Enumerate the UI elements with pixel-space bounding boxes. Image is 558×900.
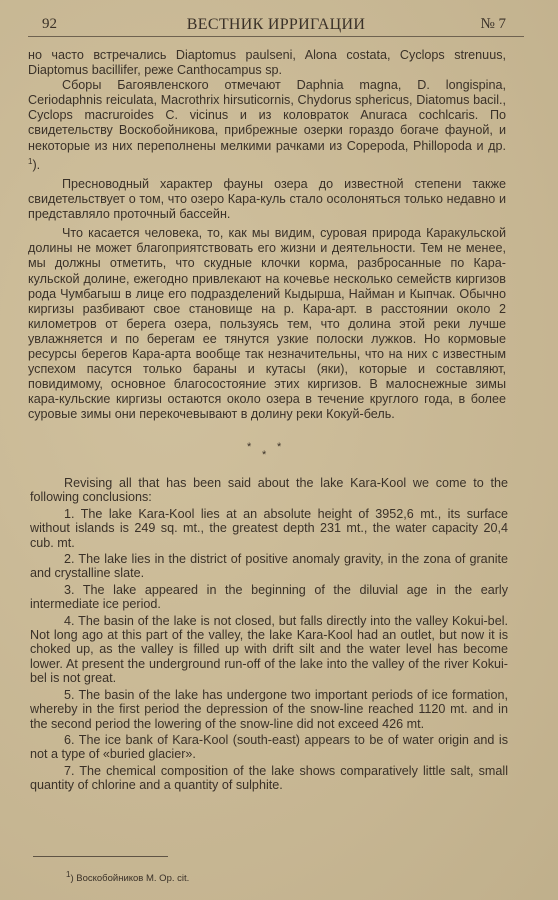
asterisk-icon: * [247, 442, 251, 453]
asterisk-icon: * [262, 450, 266, 461]
paragraph-continuation: но часто встречались Diaptomus paulseni,… [28, 48, 506, 78]
paragraph-collections: Сборы Багоявленского отмечают Daphnia ma… [28, 78, 506, 173]
asterisk-icon: * [277, 442, 281, 453]
conclusion-item: 6. The ice bank of Kara-Kool (south-east… [30, 733, 508, 762]
issue-number: № 7 [480, 16, 506, 33]
conclusion-item: 4. The basin of the lake is not closed, … [30, 614, 508, 686]
page-header: 92 ВЕСТНИК ИРРИГАЦИИ № 7 [28, 12, 524, 37]
english-summary: Revising all that has been said about th… [30, 476, 508, 795]
footnote-divider [33, 856, 168, 857]
footnote: 1) Воскобойников М. Op. cit. [66, 870, 189, 884]
conclusion-item: 3. The lake appeared in the beginning of… [30, 583, 508, 612]
conclusion-item: 1. The lake Kara-Kool lies at an absolut… [30, 507, 508, 550]
journal-title: ВЕСТНИК ИРРИГАЦИИ [28, 16, 524, 34]
paragraph-people: Что касается человека, то, как мы видим,… [28, 226, 506, 422]
summary-intro: Revising all that has been said about th… [30, 476, 508, 505]
russian-body: но часто встречались Diaptomus paulseni,… [28, 48, 506, 422]
conclusion-item: 2. The lake lies in the district of posi… [30, 552, 508, 581]
conclusion-item: 5. The basin of the lake has undergone t… [30, 688, 508, 731]
conclusion-item: 7. The chemical composition of the lake … [30, 764, 508, 793]
section-separator: * * * [245, 442, 305, 466]
paragraph-freshwater: Пресноводный характер фауны озера до изв… [28, 177, 506, 222]
footnote-text: ) Воскобойников М. Op. cit. [70, 873, 189, 884]
